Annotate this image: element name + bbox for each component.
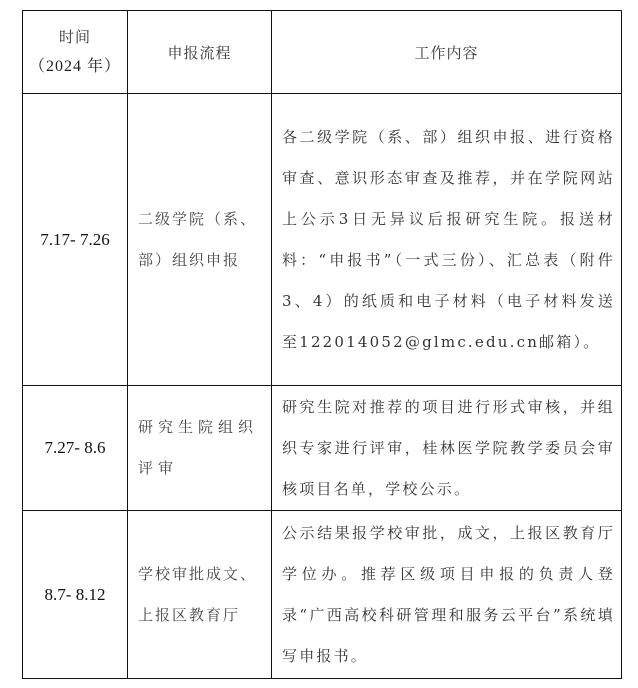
- header-time-label: 时间: [23, 22, 127, 52]
- content-cell: 研究生院对推荐的项目进行形式审核，并组织专家进行评审，桂林医学院教学委员会审核项…: [272, 386, 622, 511]
- header-time: 时间 （2024 年）: [23, 11, 128, 94]
- date-cell: 8.7- 8.12: [23, 511, 128, 679]
- table-row: 7.27- 8.6 研究生院组织评审 研究生院对推荐的项目进行形式审核，并组织专…: [23, 386, 622, 511]
- process-cell: 二级学院（系、部）组织申报: [128, 94, 272, 386]
- date-cell: 7.27- 8.6: [23, 386, 128, 511]
- table-row: 8.7- 8.12 学校审批成文、上报区教育厅 公示结果报学校审批，成文，上报区…: [23, 511, 622, 679]
- header-row: 时间 （2024 年） 申报流程 工作内容: [23, 11, 622, 94]
- table-row: 7.17- 7.26 二级学院（系、部）组织申报 各二级学院（系、部）组织申报、…: [23, 94, 622, 386]
- header-year-label: （2024 年）: [23, 52, 127, 82]
- header-process: 申报流程: [128, 11, 272, 94]
- date-cell: 7.17- 7.26: [23, 94, 128, 386]
- content-cell: 各二级学院（系、部）组织申报、进行资格审查、意识形态审查及推荐，并在学院网站上公…: [272, 94, 622, 386]
- header-content: 工作内容: [272, 11, 622, 94]
- process-cell: 学校审批成文、上报区教育厅: [128, 511, 272, 679]
- process-cell: 研究生院组织评审: [128, 386, 272, 511]
- schedule-table: 时间 （2024 年） 申报流程 工作内容 7.17- 7.26 二级学院（系、…: [22, 10, 622, 679]
- content-cell: 公示结果报学校审批，成文，上报区教育厅学位办。推荐区级项目申报的负责人登录“广西…: [272, 511, 622, 679]
